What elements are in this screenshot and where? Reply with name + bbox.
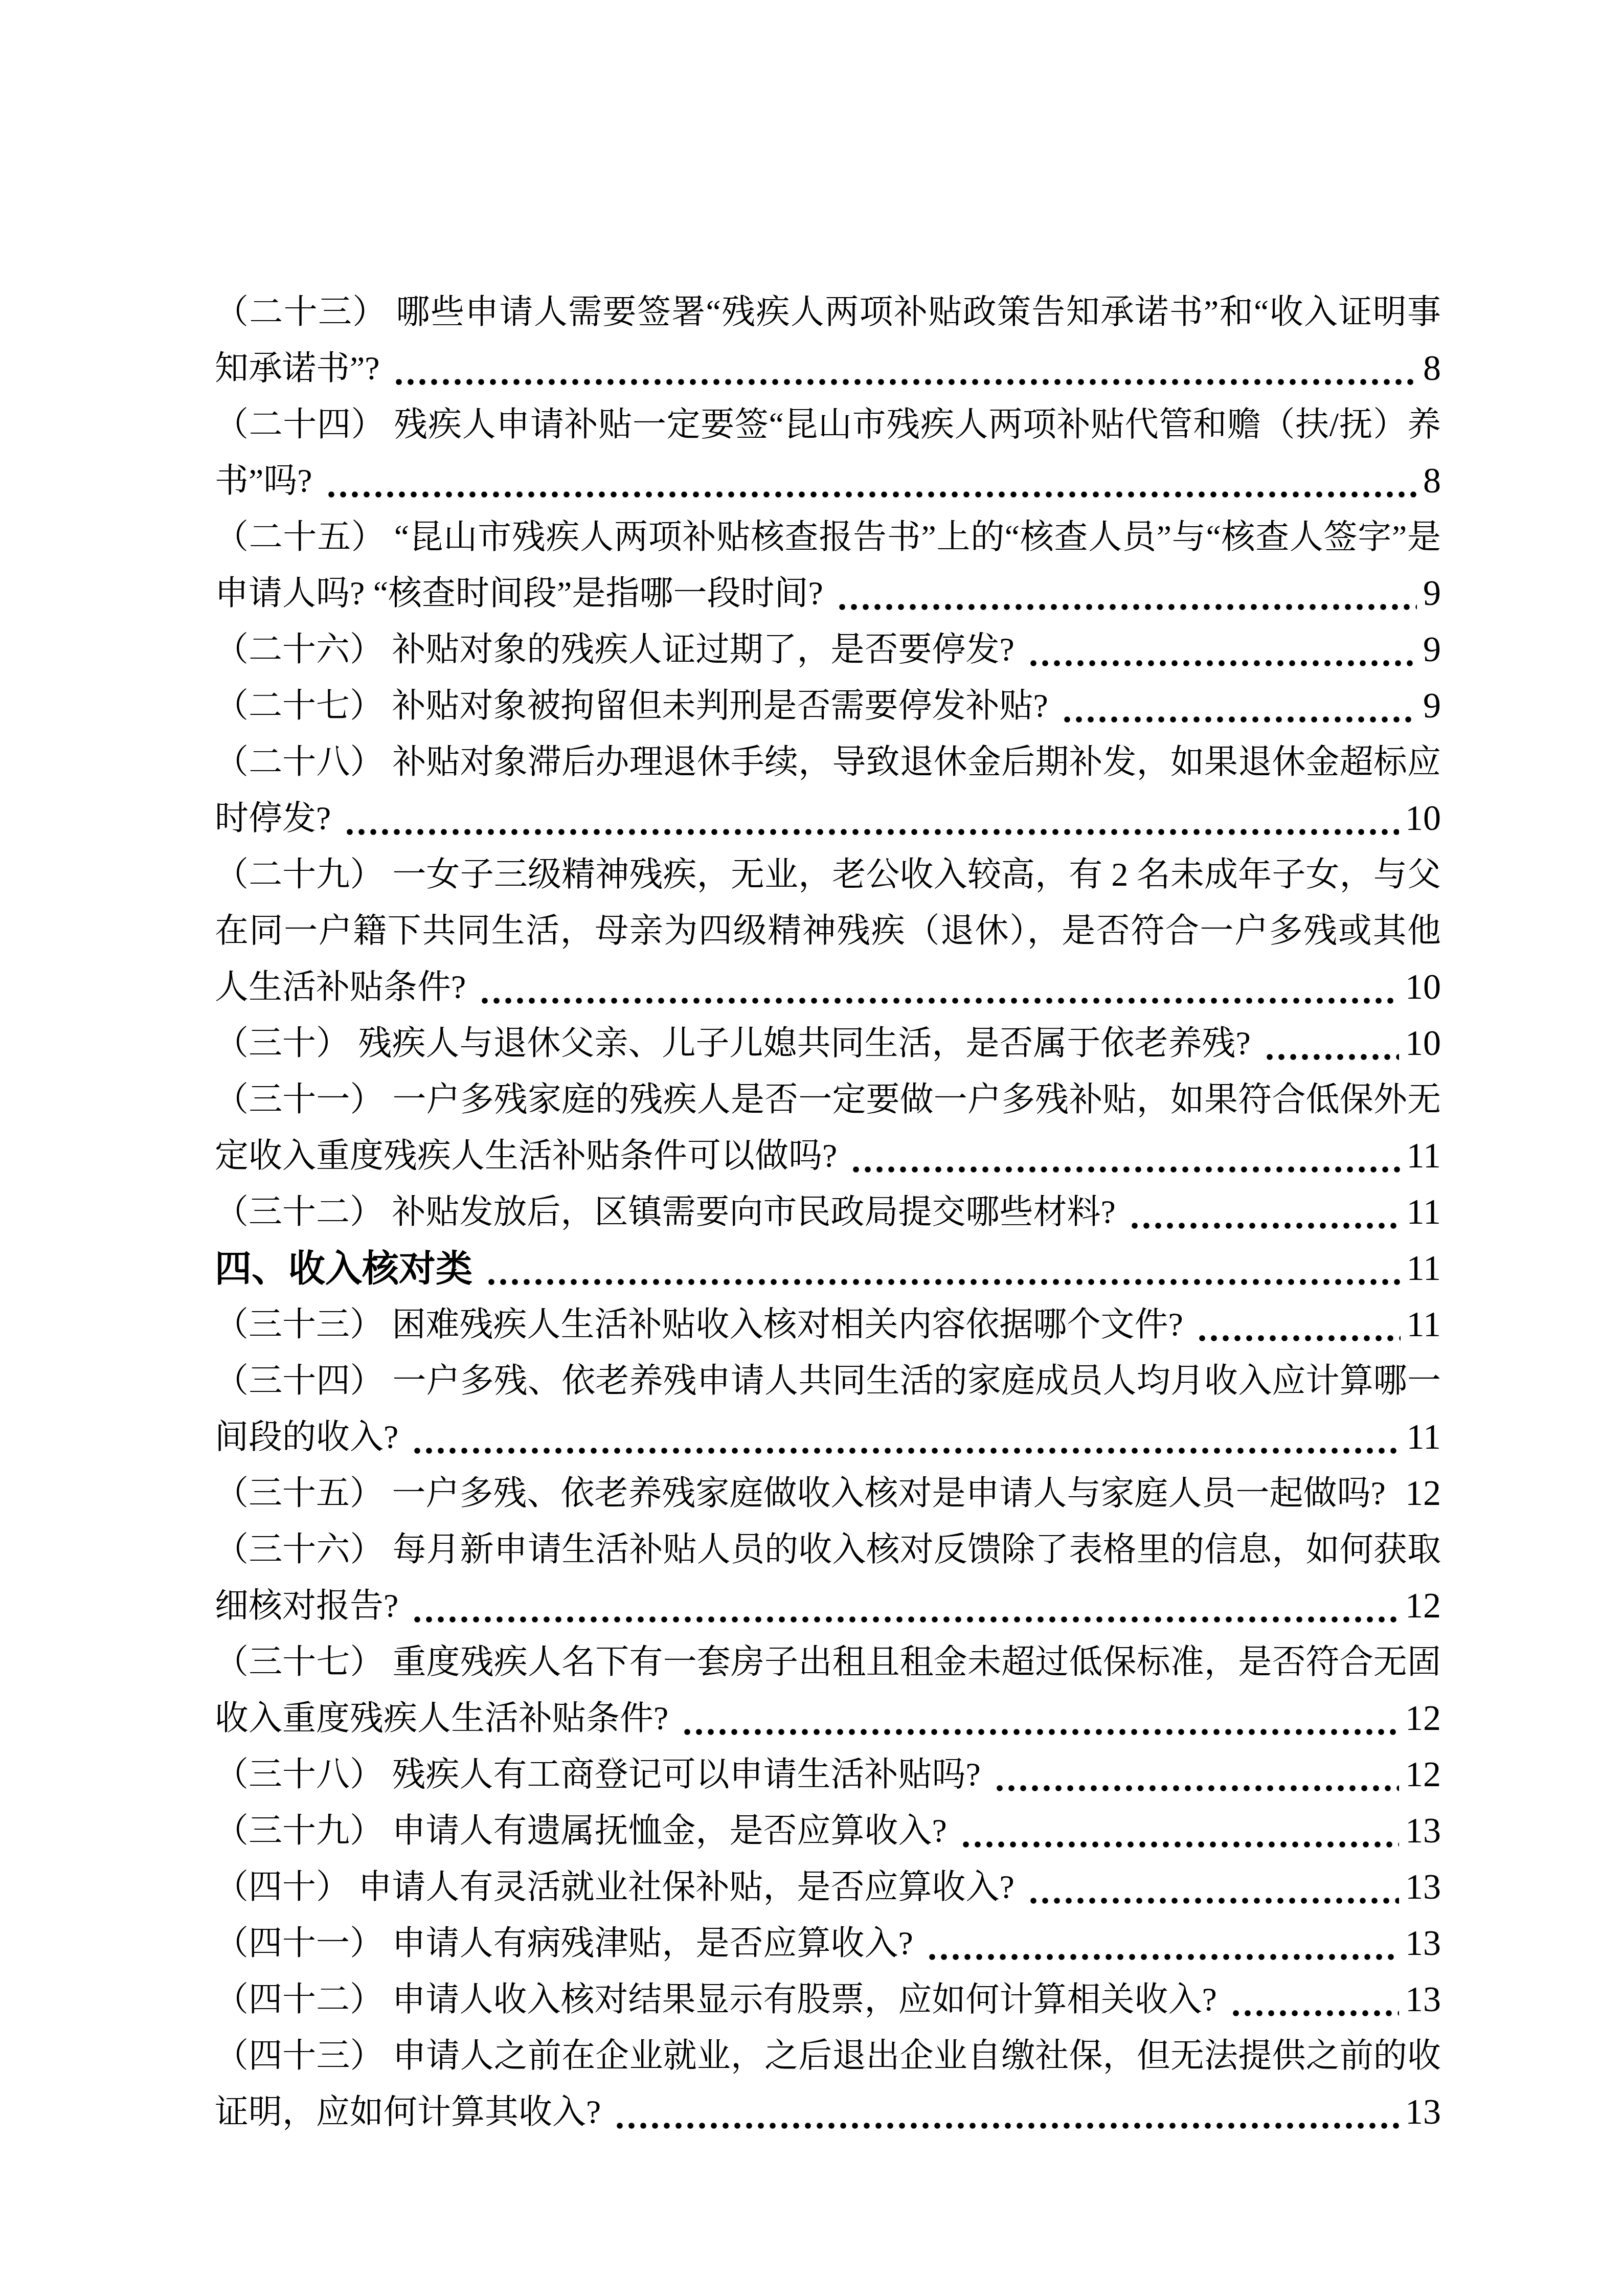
toc-line: 在同一户籍下共同生活，母亲为四级精神残疾（退休），是否符合一户多残或其他残疾 [215, 903, 1441, 959]
toc-entry-text: （二十九） 一女子三级精神残疾，无业，老公收入较高，有 2 名未成年子女，与父母 [215, 856, 1441, 903]
toc-entry-text: 书”吗? [215, 453, 312, 509]
toc-entry: （三十九） 申请人有遗属抚恤金，是否应算收入?13 [215, 1803, 1441, 1859]
toc-page-number: 11 [1407, 1409, 1441, 1466]
toc-line: （二十四） 残疾人申请补贴一定要签“昆山市残疾人两项补贴代管和赡（扶/抚）养协议 [215, 397, 1441, 453]
toc-page-number: 11 [1407, 1128, 1441, 1184]
toc-section-title: 四、收入核对类 [215, 1241, 472, 1297]
toc-page-number: 12 [1405, 1466, 1441, 1522]
toc-line: （四十一） 申请人有病残津贴，是否应算收入?13 [215, 1916, 1441, 1972]
toc-entry-text: （二十七） 补贴对象被拘留但未判刑是否需要停发补贴? [215, 678, 1048, 734]
dot-leader [479, 959, 1399, 1016]
dot-leader [1028, 622, 1417, 678]
dot-leader [1129, 1184, 1401, 1241]
toc-line: （三十） 残疾人与退休父亲、儿子儿媳共同生活，是否属于依老养残?10 [215, 1016, 1441, 1072]
toc-line: 间段的收入?11 [215, 1409, 1441, 1466]
dot-leader [326, 453, 1417, 509]
toc-line: （三十四） 一户多残、依老养残申请人共同生活的家庭成员人均月收入应计算哪一时 [215, 1353, 1441, 1409]
toc-page-number: 12 [1405, 1747, 1441, 1803]
toc-page-number: 12 [1405, 1578, 1441, 1634]
toc-entry-text: 知承诺书”? [215, 341, 380, 397]
dot-leader [614, 2084, 1399, 2141]
toc-line: 书”吗?8 [215, 453, 1441, 509]
toc-page-number: 8 [1423, 341, 1441, 397]
toc-page-number: 9 [1423, 622, 1441, 678]
toc-line: 时停发?10 [215, 791, 1441, 847]
toc-entry-text: 申请人吗? “核查时间段”是指哪一段时间? [215, 566, 823, 622]
toc-line: 申请人吗? “核查时间段”是指哪一段时间?9 [215, 566, 1441, 622]
toc-entry: （三十八） 残疾人有工商登记可以申请生活补贴吗?12 [215, 1747, 1441, 1803]
toc-entry-text: 收入重度残疾人生活补贴条件? [215, 1691, 668, 1747]
dot-leader [1264, 1016, 1399, 1072]
toc-entry: （三十七） 重度残疾人名下有一套房子出租且租金未超过低保标准，是否符合无固定收入… [215, 1634, 1441, 1747]
toc-line: 知承诺书”?8 [215, 341, 1441, 397]
document-page: （二十三） 哪些申请人需要签署“残疾人两项补贴政策告知承诺书”和“收入证明事项告… [0, 0, 1623, 2296]
toc-entry: （二十三） 哪些申请人需要签署“残疾人两项补贴政策告知承诺书”和“收入证明事项告… [215, 284, 1441, 397]
toc-page-number: 9 [1423, 566, 1441, 622]
toc-line: （三十六） 每月新申请生活补贴人员的收入核对反馈除了表格里的信息，如何获取详 [215, 1522, 1441, 1578]
toc-line: （三十三） 困难残疾人生活补贴收入核对相关内容依据哪个文件?11 [215, 1297, 1441, 1353]
toc-line: 证明，应如何计算其收入?13 [215, 2084, 1441, 2141]
dot-leader [994, 1747, 1399, 1803]
toc-entry: （二十八） 补贴对象滞后办理退休手续，导致退休金后期补发，如果退休金超标应何时停… [215, 734, 1441, 847]
toc-entry-text: （二十六） 补贴对象的残疾人证过期了，是否要停发? [215, 622, 1015, 678]
toc-entry-text: （四十一） 申请人有病残津贴，是否应算收入? [215, 1916, 913, 1972]
toc-line: （四十二） 申请人收入核对结果显示有股票，应如何计算相关收入?13 [215, 1972, 1441, 2028]
toc-line: （二十三） 哪些申请人需要签署“残疾人两项补贴政策告知承诺书”和“收入证明事项告 [215, 284, 1441, 341]
toc-line: （三十七） 重度残疾人名下有一套房子出租且租金未超过低保标准，是否符合无固定 [215, 1634, 1441, 1691]
dot-leader [682, 1691, 1399, 1747]
dot-leader [1230, 1972, 1399, 2028]
toc-line: （三十五） 一户多残、依老养残家庭做收入核对是申请人与家庭人员一起做吗?12 [215, 1466, 1441, 1522]
toc-entry: （三十六） 每月新申请生活补贴人员的收入核对反馈除了表格里的信息，如何获取详细核… [215, 1522, 1441, 1634]
toc-entry-text: （二十八） 补贴对象滞后办理退休手续，导致退休金后期补发，如果退休金超标应何 [215, 744, 1441, 791]
toc-page-number: 9 [1423, 678, 1441, 734]
toc-page-number: 11 [1407, 1241, 1441, 1297]
toc-line: 人生活补贴条件?10 [215, 959, 1441, 1016]
toc-entry: （二十五） “昆山市残疾人两项补贴核查报告书”上的“核查人员”与“核查人签字”是… [215, 509, 1441, 622]
toc-entry: （二十九） 一女子三级精神残疾，无业，老公收入较高，有 2 名未成年子女，与父母… [215, 847, 1441, 1016]
toc-entry: （三十三） 困难残疾人生活补贴收入核对相关内容依据哪个文件?11 [215, 1297, 1441, 1353]
toc-entry: （二十四） 残疾人申请补贴一定要签“昆山市残疾人两项补贴代管和赡（扶/抚）养协议… [215, 397, 1441, 509]
toc-page-number: 13 [1405, 2084, 1441, 2141]
dot-leader [412, 1578, 1399, 1634]
toc-page-number: 10 [1405, 959, 1441, 1016]
toc-entry-text: （三十七） 重度残疾人名下有一套房子出租且租金未超过低保标准，是否符合无固定 [215, 1644, 1441, 1691]
toc-entry: （四十） 申请人有灵活就业社保补贴，是否应算收入?13 [215, 1859, 1441, 1916]
toc-entry-text: （三十五） 一户多残、依老养残家庭做收入核对是申请人与家庭人员一起做吗? [215, 1466, 1386, 1522]
toc-entry: （三十） 残疾人与退休父亲、儿子儿媳共同生活，是否属于依老养残?10 [215, 1016, 1441, 1072]
toc-page-number: 11 [1407, 1184, 1441, 1241]
toc-line: 定收入重度残疾人生活补贴条件可以做吗?11 [215, 1128, 1441, 1184]
toc-line: （四十） 申请人有灵活就业社保补贴，是否应算收入?13 [215, 1859, 1441, 1916]
toc-page-number: 13 [1405, 1972, 1441, 2028]
toc-entry-text: 在同一户籍下共同生活，母亲为四级精神残疾（退休），是否符合一户多残或其他残疾 [215, 912, 1441, 959]
toc-line: 收入重度残疾人生活补贴条件?12 [215, 1691, 1441, 1747]
dot-leader [393, 341, 1417, 397]
toc-entry-text: 间段的收入? [215, 1409, 398, 1466]
toc-section-header: 四、收入核对类11 [215, 1241, 1441, 1297]
toc-entry-text: （三十二） 补贴发放后，区镇需要向市民政局提交哪些材料? [215, 1184, 1116, 1241]
dot-leader [1062, 678, 1417, 734]
toc-entry-text: （三十九） 申请人有遗属抚恤金，是否应算收入? [215, 1803, 947, 1859]
toc-line: （三十八） 残疾人有工商登记可以申请生活补贴吗?12 [215, 1747, 1441, 1803]
toc-entry: （三十二） 补贴发放后，区镇需要向市民政局提交哪些材料?11 [215, 1184, 1441, 1241]
toc-entry-text: 定收入重度残疾人生活补贴条件可以做吗? [215, 1128, 837, 1184]
dot-leader [927, 1916, 1399, 1972]
toc-entry-text: （三十三） 困难残疾人生活补贴收入核对相关内容依据哪个文件? [215, 1297, 1183, 1353]
toc-entry-text: （二十四） 残疾人申请补贴一定要签“昆山市残疾人两项补贴代管和赡（扶/抚）养协议 [215, 406, 1441, 453]
toc-entry: （二十六） 补贴对象的残疾人证过期了，是否要停发?9 [215, 622, 1441, 678]
toc-line: 细核对报告?12 [215, 1578, 1441, 1634]
toc-line: 四、收入核对类11 [215, 1241, 1441, 1297]
toc-line: （二十五） “昆山市残疾人两项补贴核查报告书”上的“核查人员”与“核查人签字”是… [215, 509, 1441, 566]
toc-entry-text: （四十） 申请人有灵活就业社保补贴，是否应算收入? [215, 1859, 1015, 1916]
dot-leader [837, 566, 1417, 622]
toc-entry-text: 时停发? [215, 791, 331, 847]
toc-entry-text: （四十三） 申请人之前在企业就业，之后退出企业自缴社保，但无法提供之前的收入 [215, 2037, 1441, 2084]
toc-line: （三十二） 补贴发放后，区镇需要向市民政局提交哪些材料?11 [215, 1184, 1441, 1241]
toc-page-number: 12 [1405, 1691, 1441, 1747]
toc-entry-text: 细核对报告? [215, 1578, 398, 1634]
toc-page-number: 13 [1405, 1916, 1441, 1972]
toc-line: （三十九） 申请人有遗属抚恤金，是否应算收入?13 [215, 1803, 1441, 1859]
dot-leader [1028, 1859, 1399, 1916]
dot-leader [486, 1241, 1401, 1297]
toc-entry-text: （三十六） 每月新申请生活补贴人员的收入核对反馈除了表格里的信息，如何获取详 [215, 1531, 1441, 1578]
toc-line: （二十七） 补贴对象被拘留但未判刑是否需要停发补贴?9 [215, 678, 1441, 734]
dot-leader [850, 1128, 1400, 1184]
toc-entry: （四十一） 申请人有病残津贴，是否应算收入?13 [215, 1916, 1441, 1972]
toc-entry-text: 人生活补贴条件? [215, 959, 466, 1016]
toc-entry-text: （三十一） 一户多残家庭的残疾人是否一定要做一户多残补贴，如果符合低保外无固 [215, 1081, 1441, 1128]
toc-line: （四十三） 申请人之前在企业就业，之后退出企业自缴社保，但无法提供之前的收入 [215, 2028, 1441, 2084]
toc-page-number: 13 [1405, 1803, 1441, 1859]
toc-entry-text: （三十四） 一户多残、依老养残申请人共同生活的家庭成员人均月收入应计算哪一时 [215, 1362, 1441, 1409]
toc-entry: （四十二） 申请人收入核对结果显示有股票，应如何计算相关收入?13 [215, 1972, 1441, 2028]
toc-page-number: 8 [1423, 453, 1441, 509]
toc-line: （二十六） 补贴对象的残疾人证过期了，是否要停发?9 [215, 622, 1441, 678]
toc-entry-text: （四十二） 申请人收入核对结果显示有股票，应如何计算相关收入? [215, 1972, 1217, 2028]
toc-entry: （三十五） 一户多残、依老养残家庭做收入核对是申请人与家庭人员一起做吗?12 [215, 1466, 1441, 1522]
dot-leader [960, 1803, 1399, 1859]
toc-entry: （三十四） 一户多残、依老养残申请人共同生活的家庭成员人均月收入应计算哪一时间段… [215, 1353, 1441, 1466]
toc-line: （二十九） 一女子三级精神残疾，无业，老公收入较高，有 2 名未成年子女，与父母 [215, 847, 1441, 903]
toc-entry-text: （二十五） “昆山市残疾人两项补贴核查报告书”上的“核查人员”与“核查人签字”是… [215, 519, 1441, 566]
toc-page-number: 10 [1405, 791, 1441, 847]
toc-entry-text: （三十八） 残疾人有工商登记可以申请生活补贴吗? [215, 1747, 981, 1803]
toc-page-number: 10 [1405, 1016, 1441, 1072]
toc-page-number: 11 [1407, 1297, 1441, 1353]
toc-line: （三十一） 一户多残家庭的残疾人是否一定要做一户多残补贴，如果符合低保外无固 [215, 1072, 1441, 1128]
dot-leader [412, 1409, 1400, 1466]
dot-leader [1197, 1297, 1401, 1353]
toc-entry-text: （三十） 残疾人与退休父亲、儿子儿媳共同生活，是否属于依老养残? [215, 1016, 1251, 1072]
toc-page-number: 13 [1405, 1859, 1441, 1916]
table-of-contents: （二十三） 哪些申请人需要签署“残疾人两项补贴政策告知承诺书”和“收入证明事项告… [215, 284, 1441, 2141]
toc-entry: （二十七） 补贴对象被拘留但未判刑是否需要停发补贴?9 [215, 678, 1441, 734]
toc-entry-text: （二十三） 哪些申请人需要签署“残疾人两项补贴政策告知承诺书”和“收入证明事项告 [215, 294, 1441, 341]
dot-leader [344, 791, 1399, 847]
toc-entry-text: 证明，应如何计算其收入? [215, 2084, 601, 2141]
toc-entry: （三十一） 一户多残家庭的残疾人是否一定要做一户多残补贴，如果符合低保外无固定收… [215, 1072, 1441, 1184]
toc-line: （二十八） 补贴对象滞后办理退休手续，导致退休金后期补发，如果退休金超标应何 [215, 734, 1441, 791]
toc-entry: （四十三） 申请人之前在企业就业，之后退出企业自缴社保，但无法提供之前的收入证明… [215, 2028, 1441, 2141]
